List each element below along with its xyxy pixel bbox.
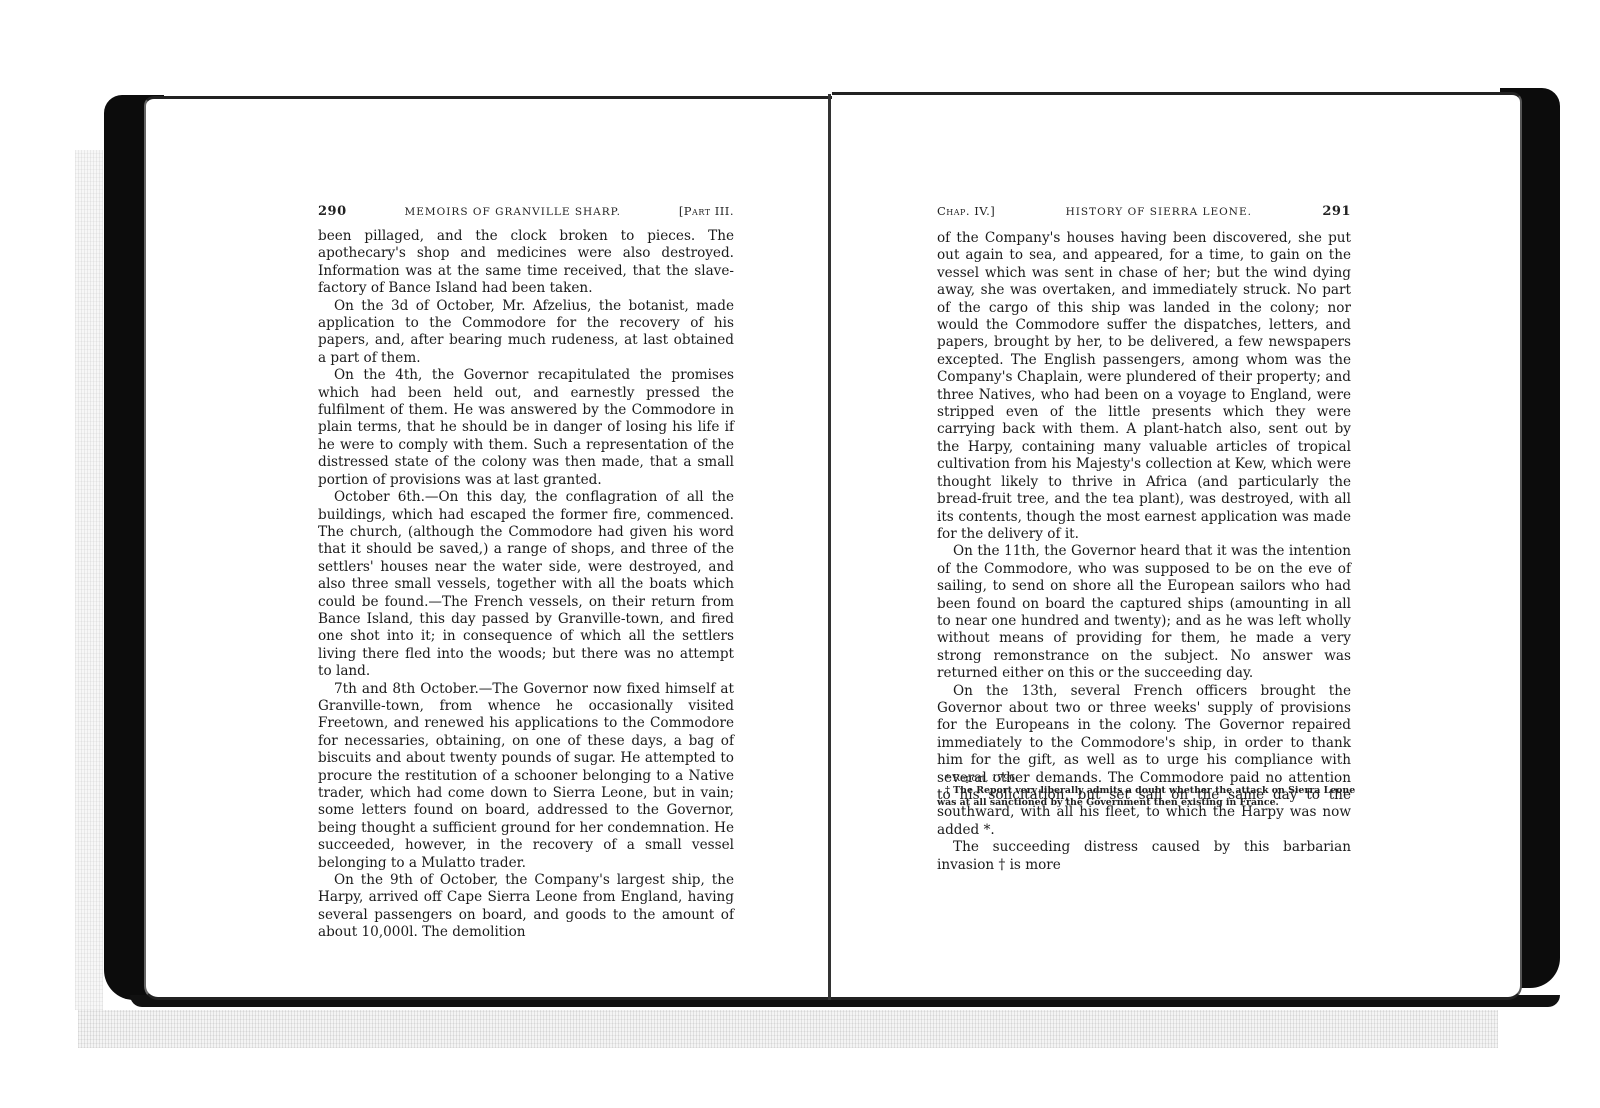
paragraph: of the Company's houses having been disc… (937, 230, 1351, 543)
paragraph: On the 3d of October, Mr. Afzelius, the … (318, 298, 734, 368)
footnote-text: The Report very liberally admits a doubt… (937, 785, 1355, 808)
paragraph: On the 4th, the Governor recapitulated t… (318, 367, 734, 489)
page-number-left: 290 (318, 204, 347, 219)
paragraph: The succeeding distress caused by this b… (937, 839, 1351, 874)
left-page-body: been pillaged, and the clock broken to p… (318, 228, 734, 942)
page-number-right: 291 (1322, 204, 1351, 219)
part-label: [Part III. (679, 204, 734, 218)
paragraph: 7th and 8th October.—The Governor now fi… (318, 681, 734, 872)
footnotes: * Report, 1796. † The Report very libera… (937, 773, 1357, 809)
footnote: † The Report very liberally admits a dou… (937, 785, 1357, 809)
paragraph: been pillaged, and the clock broken to p… (318, 228, 734, 298)
scan-noise-bottom (78, 1010, 1498, 1048)
right-running-head: Chap. IV.] HISTORY OF SIERRA LEONE. 291 (937, 204, 1351, 219)
running-title-left: MEMOIRS OF GRANVILLE SHARP. (405, 206, 621, 218)
running-title-right: HISTORY OF SIERRA LEONE. (1066, 206, 1252, 218)
paragraph: October 6th.—On this day, the conflagrat… (318, 489, 734, 680)
paragraph: On the 11th, the Governor heard that it … (937, 543, 1351, 682)
book-gutter (828, 94, 831, 1000)
footnote-text: Report, 1796. (953, 773, 1018, 784)
paragraph: On the 9th of October, the Company's lar… (318, 872, 734, 942)
paragraph: On the 13th, several French officers bro… (937, 683, 1351, 840)
footnote-mark: * (945, 773, 950, 784)
chapter-label: Chap. IV.] (937, 204, 995, 218)
left-running-head: 290 MEMOIRS OF GRANVILLE SHARP. [Part II… (318, 204, 734, 219)
footnote: * Report, 1796. (937, 773, 1357, 785)
scan-noise-left (75, 150, 103, 1010)
footnote-mark: † (945, 785, 950, 796)
